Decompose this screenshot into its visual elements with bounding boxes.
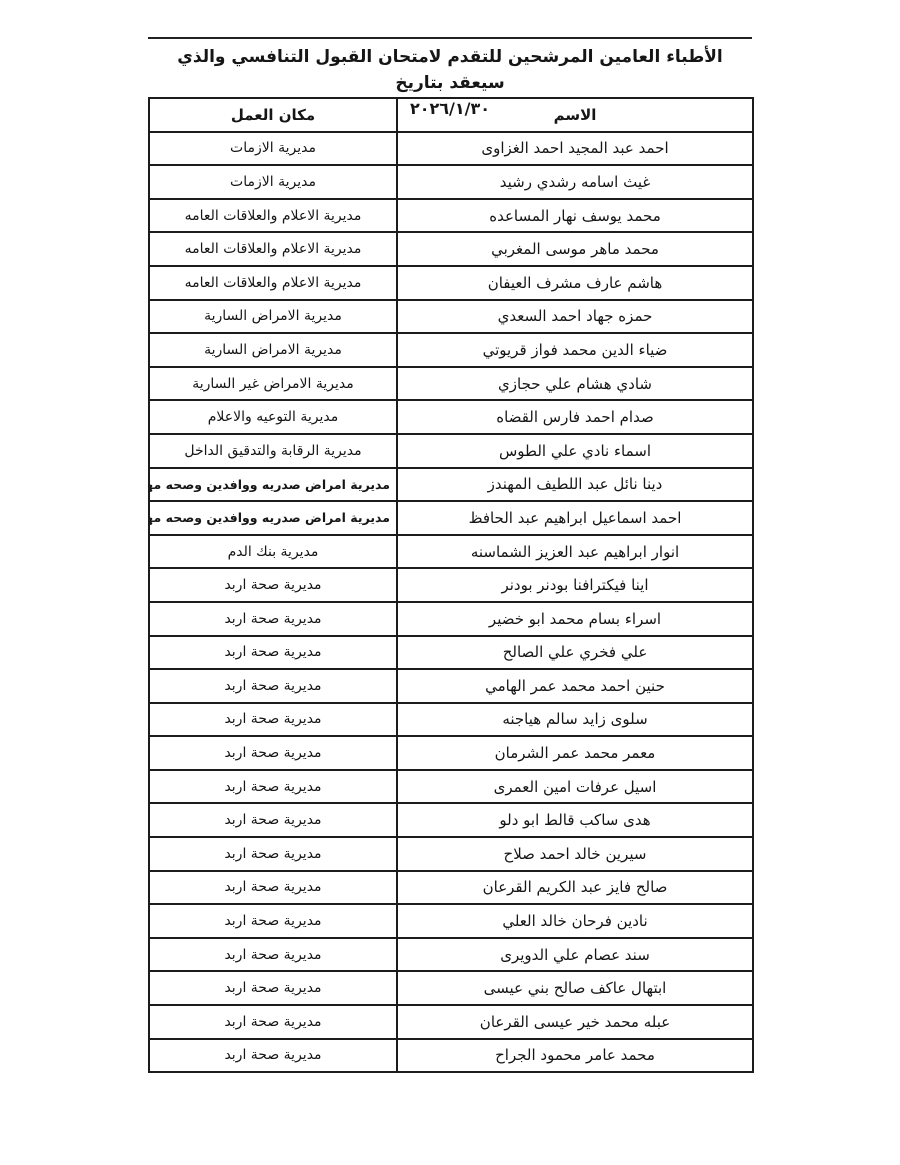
name-cell: ضياء الدين محمد فواز قريوتي <box>397 333 753 367</box>
workplace-cell: مديرية صحة اربد <box>149 1039 397 1073</box>
table-row: معمر محمد عمر الشرمان مديرية صحة اربد <box>149 736 753 770</box>
workplace-cell: مديرية صحة اربد <box>149 736 397 770</box>
table-row: سيرين خالد احمد صلاح مديرية صحة اربد <box>149 837 753 871</box>
name-cell: سند عصام علي الدويرى <box>397 938 753 972</box>
name-cell: اسيل عرفات امين العمرى <box>397 770 753 804</box>
workplace-cell: مديرية صحة اربد <box>149 837 397 871</box>
document-page: { "page": { "title_line1": "الأطباء العا… <box>0 0 900 1165</box>
table-row: محمد ماهر موسى المغربي مديرية الاعلام وا… <box>149 232 753 266</box>
name-cell: احمد اسماعيل ابراهيم عبد الحافظ <box>397 501 753 535</box>
column-header-workplace: مكان العمل <box>149 98 397 132</box>
name-cell: صدام احمد فارس القضاه <box>397 400 753 434</box>
workplace-cell: مديرية الازمات <box>149 132 397 166</box>
name-cell: ابتهال عاكف صالح بني عيسى <box>397 971 753 1005</box>
workplace-cell: مديرية صحة اربد <box>149 669 397 703</box>
workplace-cell: مديرية الامراض السارية <box>149 333 397 367</box>
table-body: احمد عبد المجيد احمد الغزاوى مديرية الاز… <box>149 132 753 1073</box>
table-row: سلوى زايد سالم هياجنه مديرية صحة اربد <box>149 703 753 737</box>
workplace-cell: مديرية امراض صدريه ووافدين وصحه مهن <box>149 501 397 535</box>
name-cell: هاشم عارف مشرف العيفان <box>397 266 753 300</box>
workplace-cell: مديرية بنك الدم <box>149 535 397 569</box>
name-cell: سيرين خالد احمد صلاح <box>397 837 753 871</box>
table-row: صالح فايز عبد الكريم القرعان مديرية صحة … <box>149 871 753 905</box>
table-row: اسيل عرفات امين العمرى مديرية صحة اربد <box>149 770 753 804</box>
column-header-name: الاسم <box>397 98 753 132</box>
name-cell: اسراء بسام محمد ابو خضير <box>397 602 753 636</box>
workplace-cell: مديرية صحة اربد <box>149 971 397 1005</box>
table-row: محمد يوسف نهار المساعده مديرية الاعلام و… <box>149 199 753 233</box>
table-row: شادي هشام علي حجازي مديرية الامراض غير ا… <box>149 367 753 401</box>
workplace-cell: مديرية صحة اربد <box>149 904 397 938</box>
table-row: احمد عبد المجيد احمد الغزاوى مديرية الاز… <box>149 132 753 166</box>
table-row: اسماء نادي علي الطوس مديرية الرقابة والت… <box>149 434 753 468</box>
table-row: نادين فرحان خالد العلي مديرية صحة اربد <box>149 904 753 938</box>
workplace-cell: مديرية صحة اربد <box>149 938 397 972</box>
table-row: انوار ابراهيم عبد العزيز الشماسنه مديرية… <box>149 535 753 569</box>
workplace-cell: مديرية صحة اربد <box>149 636 397 670</box>
name-cell: حمزه جهاد احمد السعدي <box>397 300 753 334</box>
table-row: اسراء بسام محمد ابو خضير مديرية صحة اربد <box>149 602 753 636</box>
workplace-cell: مديرية الرقابة والتدقيق الداخل <box>149 434 397 468</box>
table-row: سند عصام علي الدويرى مديرية صحة اربد <box>149 938 753 972</box>
workplace-cell: مديرية الامراض السارية <box>149 300 397 334</box>
name-cell: غيث اسامه رشدي رشيد <box>397 165 753 199</box>
table-row: حنين احمد محمد عمر الهامي مديرية صحة ارب… <box>149 669 753 703</box>
name-cell: انوار ابراهيم عبد العزيز الشماسنه <box>397 535 753 569</box>
table-header-row: الاسم مكان العمل <box>149 98 753 132</box>
name-cell: اينا فيكترافنا بودنر بودنر <box>397 568 753 602</box>
name-cell: اسماء نادي علي الطوس <box>397 434 753 468</box>
table-row: عبله محمد خير عيسى القرعان مديرية صحة ار… <box>149 1005 753 1039</box>
candidates-table: الاسم مكان العمل احمد عبد المجيد احمد ال… <box>148 97 754 1073</box>
table-row: هاشم عارف مشرف العيفان مديرية الاعلام وا… <box>149 266 753 300</box>
name-cell: عبله محمد خير عيسى القرعان <box>397 1005 753 1039</box>
name-cell: شادي هشام علي حجازي <box>397 367 753 401</box>
name-cell: دينا نائل عبد اللطيف المهندز <box>397 468 753 502</box>
workplace-cell: مديرية امراض صدريه ووافدين وصحه مهن <box>149 468 397 502</box>
table-row: غيث اسامه رشدي رشيد مديرية الازمات <box>149 165 753 199</box>
table-row: دينا نائل عبد اللطيف المهندز مديرية امرا… <box>149 468 753 502</box>
page-title-text: الأطباء العامين المرشحين للتقدم لامتحان … <box>148 44 752 96</box>
name-cell: احمد عبد المجيد احمد الغزاوى <box>397 132 753 166</box>
name-cell: نادين فرحان خالد العلي <box>397 904 753 938</box>
workplace-cell: مديرية الاعلام والعلاقات العامه <box>149 199 397 233</box>
workplace-cell: مديرية الاعلام والعلاقات العامه <box>149 232 397 266</box>
table-row: اينا فيكترافنا بودنر بودنر مديرية صحة ار… <box>149 568 753 602</box>
workplace-cell: مديرية صحة اربد <box>149 871 397 905</box>
table-row: هدى ساكب قالط ابو دلو مديرية صحة اربد <box>149 803 753 837</box>
workplace-cell: مديرية صحة اربد <box>149 602 397 636</box>
table-row: محمد عامر محمود الجراح مديرية صحة اربد <box>149 1039 753 1073</box>
table-row: ابتهال عاكف صالح بني عيسى مديرية صحة ارب… <box>149 971 753 1005</box>
workplace-cell: مديرية صحة اربد <box>149 803 397 837</box>
workplace-cell: مديرية صحة اربد <box>149 703 397 737</box>
workplace-cell: مديرية صحة اربد <box>149 1005 397 1039</box>
workplace-cell: مديرية الازمات <box>149 165 397 199</box>
header-divider-rule <box>148 37 752 39</box>
name-cell: هدى ساكب قالط ابو دلو <box>397 803 753 837</box>
name-cell: محمد عامر محمود الجراح <box>397 1039 753 1073</box>
name-cell: محمد ماهر موسى المغربي <box>397 232 753 266</box>
table-row: ضياء الدين محمد فواز قريوتي مديرية الامر… <box>149 333 753 367</box>
table-row: علي فخري علي الصالح مديرية صحة اربد <box>149 636 753 670</box>
table-row: حمزه جهاد احمد السعدي مديرية الامراض الس… <box>149 300 753 334</box>
workplace-cell: مديرية التوعيه والاعلام <box>149 400 397 434</box>
table-row: احمد اسماعيل ابراهيم عبد الحافظ مديرية ا… <box>149 501 753 535</box>
name-cell: سلوى زايد سالم هياجنه <box>397 703 753 737</box>
workplace-cell: مديرية الامراض غير السارية <box>149 367 397 401</box>
name-cell: صالح فايز عبد الكريم القرعان <box>397 871 753 905</box>
name-cell: علي فخري علي الصالح <box>397 636 753 670</box>
table-row: صدام احمد فارس القضاه مديرية التوعيه وال… <box>149 400 753 434</box>
name-cell: محمد يوسف نهار المساعده <box>397 199 753 233</box>
name-cell: حنين احمد محمد عمر الهامي <box>397 669 753 703</box>
workplace-cell: مديرية صحة اربد <box>149 770 397 804</box>
name-cell: معمر محمد عمر الشرمان <box>397 736 753 770</box>
workplace-cell: مديرية الاعلام والعلاقات العامه <box>149 266 397 300</box>
workplace-cell: مديرية صحة اربد <box>149 568 397 602</box>
